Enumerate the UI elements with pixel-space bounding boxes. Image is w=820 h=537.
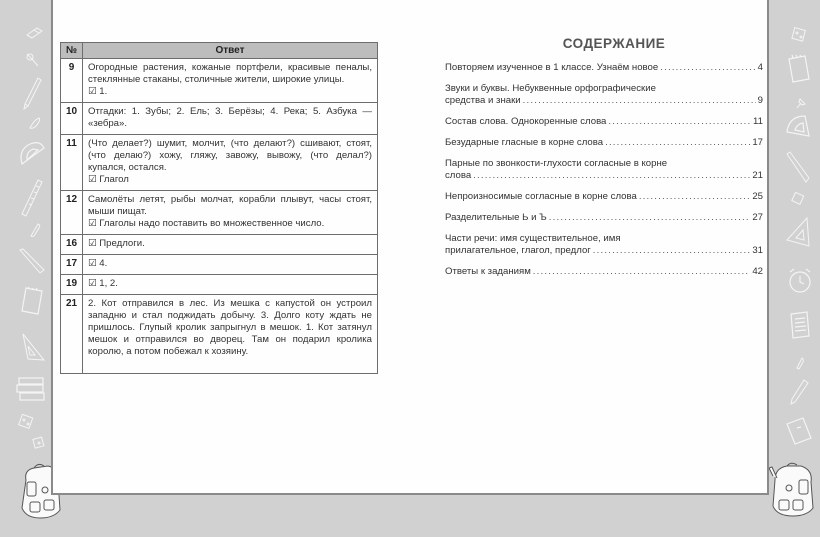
table-row: 12Самолёты летят, рыбы молчат, корабли п… [61,191,378,235]
toc-page-number: 9 [758,95,763,107]
answer-number: 16 [61,235,83,255]
books-icon [16,376,46,402]
toc-page-number: 4 [758,62,763,74]
answer-cell: Отгадки: 1. Зубы; 2. Ель; 3. Берёзы; 4. … [83,103,378,135]
column-header-answer: Ответ [83,43,378,59]
answer-text: Самолёты летят, рыбы молчат, корабли плы… [88,194,372,218]
answer-cell: Огородные растения, кожаные портфели, кр… [83,59,378,103]
toc-entry[interactable]: Ответы к заданиям42 [445,266,763,278]
answers-table-header: № Ответ [61,43,378,59]
book-spread: № Ответ 9Огородные растения, кожаные пор… [51,0,769,495]
answer-number: 11 [61,135,83,191]
toc-entry-label: слова [445,170,471,182]
toc-leader-dots [593,245,751,257]
ruler-icon [20,178,44,218]
toc-entry[interactable]: Части речи: имя существительное, имяприл… [445,233,763,257]
pen-icon [785,150,811,184]
checkbox-answer: ☑ Глаголы надо поставить во множественно… [88,218,372,230]
column-header-number: № [61,43,83,59]
toc-list: Повторяем изученное в 1 классе. Узнаём н… [445,62,763,278]
toc-entry-title-line: Парные по звонкости-глухости согласные в… [445,158,763,170]
toc-entry-label: Непроизносимые согласные в корне слова [445,191,637,203]
toc-entry[interactable]: Состав слова. Однокоренные слова11 [445,116,763,128]
toc-page-number: 42 [752,266,763,278]
pin-icon [24,50,40,70]
answer-number: 12 [61,191,83,235]
triangle-ruler-icon [20,332,46,362]
toc-entry-label: Состав слова. Однокоренные слова [445,116,606,128]
checkbox-answer: ☑ Предлоги. [88,238,372,250]
toc-entry-label: средства и знаки [445,95,521,107]
pin-icon [795,96,807,110]
answer-cell: 2. Кот отправился в лес. Из мешка с капу… [83,295,378,374]
table-row: 16☑ Предлоги. [61,235,378,255]
table-row: 11(Что делает?) шумит, молчит, (что дела… [61,135,378,191]
toc-leader-dots [639,191,751,203]
book-icon [785,416,813,446]
answer-number: 10 [61,103,83,135]
toc-entry-label: Повторяем изученное в 1 классе. Узнаём н… [445,62,658,74]
eraser-icon [24,26,44,40]
toc-entry[interactable]: Разделительные Ь и Ъ27 [445,212,763,224]
notepad-icon [20,286,44,316]
answer-text: 2. Кот отправился в лес. Из мешка с капу… [88,298,372,358]
dice-icon [791,26,807,44]
paperclip-icon [795,356,805,370]
checkbox-answer: ☑ 1. [88,86,372,98]
toc-page-number: 11 [753,116,763,128]
toc-page-number: 17 [752,137,763,149]
toc-leader-dots [549,212,751,224]
toc-entry[interactable]: Непроизносимые согласные в корне слова25 [445,191,763,203]
protractor-icon [785,112,813,138]
toc-page-number: 31 [752,245,763,257]
dice-icon [791,192,805,206]
pencil-icon [18,248,46,274]
answer-cell: (Что делает?) шумит, молчит, (что делают… [83,135,378,191]
table-row: 10Отгадки: 1. Зубы; 2. Ель; 3. Берёзы; 4… [61,103,378,135]
toc-leader-dots [523,95,756,107]
toc-entry-label: Ответы к заданиям [445,266,531,278]
triangle-ruler-icon [785,216,811,248]
toc-leader-dots [533,266,751,278]
table-of-contents: СОДЕРЖАНИЕ Повторяем изученное в 1 класс… [445,38,763,287]
answer-text: Отгадки: 1. Зубы; 2. Ель; 3. Берёзы; 4. … [88,106,372,130]
pen-icon [22,76,42,110]
answers-table: № Ответ 9Огородные растения, кожаные пор… [60,42,378,374]
toc-leader-dots [608,116,751,128]
toc-entry-title-line: Части речи: имя существительное, имя [445,233,763,245]
answer-text: Огородные растения, кожаные портфели, кр… [88,62,372,86]
toc-entry[interactable]: Повторяем изученное в 1 классе. Узнаём н… [445,62,763,74]
answer-cell: ☑ 4. [83,255,378,275]
toc-entry-label: Безударные гласные в корне слова [445,137,603,149]
table-row: 19☑ 1, 2. [61,275,378,295]
dice-icon [32,436,46,450]
toc-title: СОДЕРЖАНИЕ [465,38,763,50]
toc-entry[interactable]: Парные по звонкости-глухости согласные в… [445,158,763,182]
checkbox-answer: ☑ Глагол [88,174,372,186]
table-row: 17☑ 4. [61,255,378,275]
toc-leader-dots [605,137,750,149]
toc-page-number: 27 [752,212,763,224]
dice-icon [18,414,34,430]
alarm-clock-icon [787,266,813,296]
answer-number: 17 [61,255,83,275]
answer-cell: ☑ 1, 2. [83,275,378,295]
paperclip-icon [28,116,42,130]
left-margin-decoration [0,0,51,537]
toc-leader-dots [660,62,755,74]
answer-number: 9 [61,59,83,103]
notepad-icon [787,54,811,84]
pencil-icon [789,378,809,406]
backpack-icon [769,462,817,518]
toc-entry-title-line: Звуки и буквы. Небуквенные орфографическ… [445,83,763,95]
notebook-icon [787,310,811,340]
toc-page-number: 21 [752,170,763,182]
checkbox-answer: ☑ 1, 2. [88,278,372,290]
answer-number: 21 [61,295,83,374]
toc-leader-dots [473,170,750,182]
table-row: 212. Кот отправился в лес. Из мешка с ка… [61,295,378,374]
protractor-icon [18,140,46,166]
answer-text: (Что делает?) шумит, молчит, (что делают… [88,138,372,174]
table-row: 9Огородные растения, кожаные портфели, к… [61,59,378,103]
toc-entry-label: прилагательное, глагол, предлог [445,245,591,257]
paperclip-icon [28,222,42,238]
toc-page-number: 25 [752,191,763,203]
toc-entry[interactable]: Безударные гласные в корне слова17 [445,137,763,149]
answer-number: 19 [61,275,83,295]
right-margin-decoration [769,0,820,537]
toc-entry-label: Разделительные Ь и Ъ [445,212,547,224]
answer-cell: Самолёты летят, рыбы молчат, корабли плы… [83,191,378,235]
answer-cell: ☑ Предлоги. [83,235,378,255]
toc-entry[interactable]: Звуки и буквы. Небуквенные орфографическ… [445,83,763,107]
checkbox-answer: ☑ 4. [88,258,372,270]
